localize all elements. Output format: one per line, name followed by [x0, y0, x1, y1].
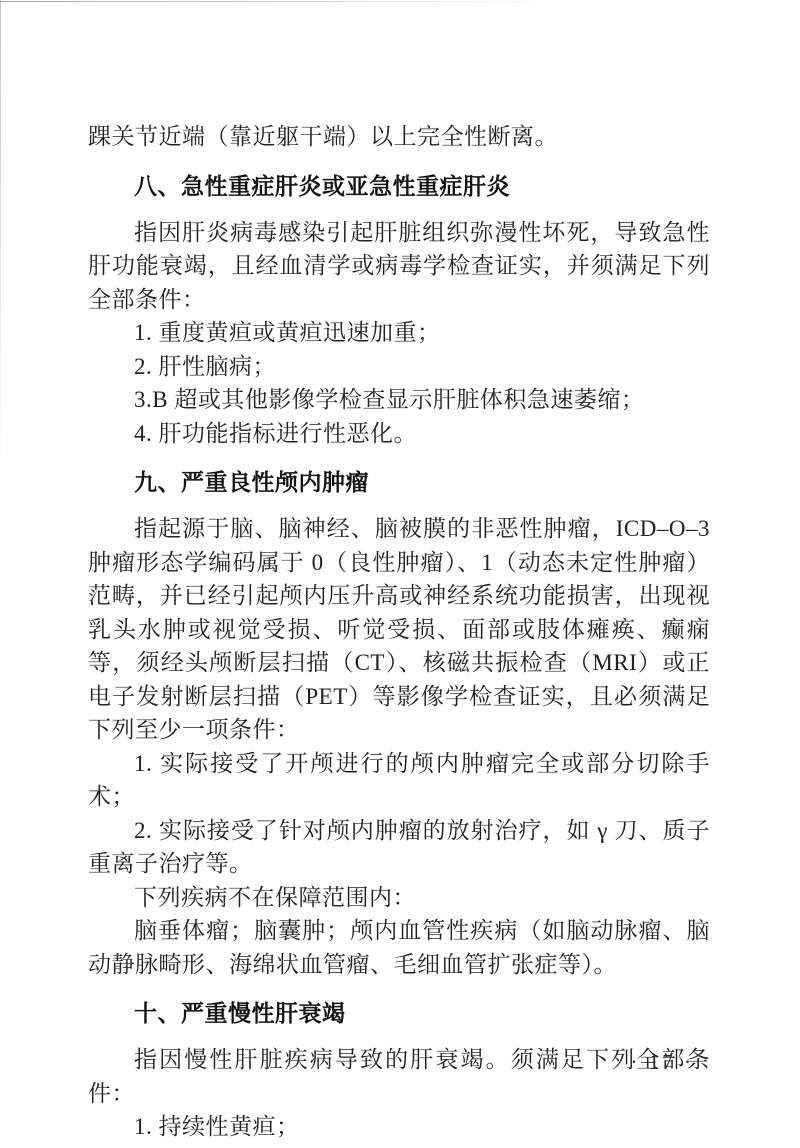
list-item-1: 1. 持续性黄疸； — [88, 1110, 710, 1144]
section-heading-9: 九、严重良性颅内肿瘤 — [88, 464, 710, 500]
section-heading-10: 十、严重慢性肝衰竭 — [88, 995, 710, 1031]
list-item-2: 2. 实际接受了针对颅内肿瘤的放射治疗，如 γ 刀、质子重离子治疗等。 — [88, 814, 710, 881]
body-paragraph: 下列疾病不在保障范围内： — [88, 881, 710, 915]
list-item-3: 3.B 超或其他影像学检查显示肝脏体积急速萎缩； — [88, 383, 710, 417]
body-paragraph: 指因肝炎病毒感染引起肝脏组织弥漫性坏死，导致急性肝功能衰竭，且经血清学或病毒学检… — [88, 216, 710, 317]
list-item-4: 4. 肝功能指标进行性恶化。 — [88, 417, 710, 451]
list-item-2: 2. 肝性脑病； — [88, 350, 710, 384]
body-paragraph: 指因慢性肝脏疾病导致的肝衰竭。须满足下列全部条件： — [88, 1043, 710, 1110]
section-heading-8: 八、急性重症肝炎或亚急性重症肝炎 — [88, 168, 710, 204]
page-number: · 17 · — [631, 1050, 695, 1074]
list-item-1: 1. 重度黄疸或黄疸迅速加重； — [88, 316, 710, 350]
document-page: 踝关节近端（靠近躯干端）以上完全性断离。 八、急性重症肝炎或亚急性重症肝炎 指因… — [0, 0, 800, 1148]
list-item-1: 1. 实际接受了开颅进行的颅内肿瘤完全或部分切除手术； — [88, 747, 710, 814]
body-paragraph: 脑垂体瘤；脑囊肿；颅内血管性疾病（如脑动脉瘤、脑动静脉畸形、海绵状血管瘤、毛细血… — [88, 914, 710, 981]
body-paragraph-continuation: 踝关节近端（靠近躯干端）以上完全性断离。 — [88, 120, 710, 154]
body-paragraph: 指起源于脑、脑神经、脑被膜的非恶性肿瘤，ICD–O–3 肿瘤形态学编码属于 0（… — [88, 512, 710, 747]
page-content: 踝关节近端（靠近躯干端）以上完全性断离。 八、急性重症肝炎或亚急性重症肝炎 指因… — [0, 0, 800, 1144]
